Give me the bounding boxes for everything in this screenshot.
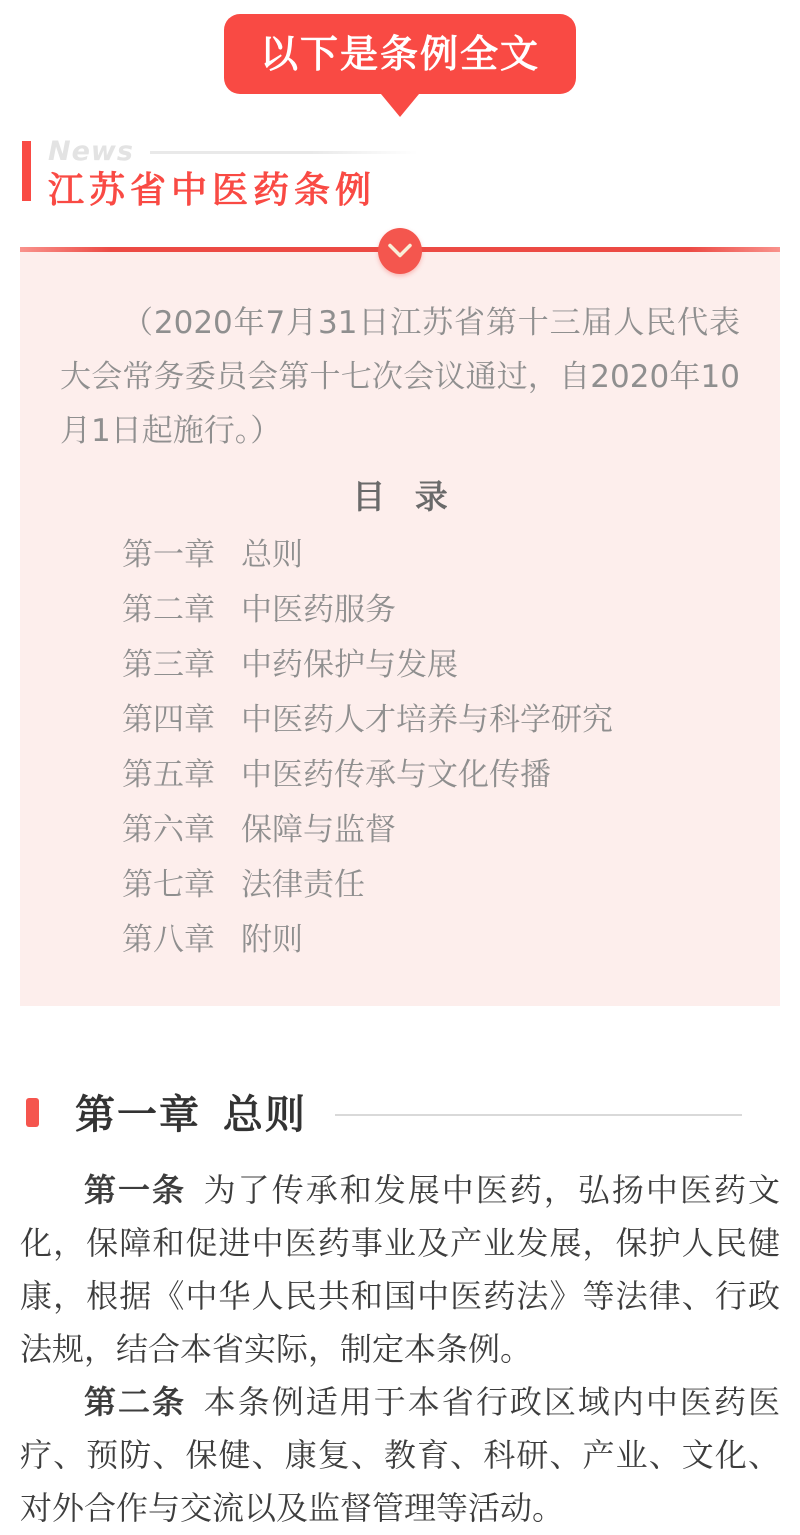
enactment-note: （2020年7月31日江苏省第十三届人民代表大会常务委员会第十七次会议通过，自2… xyxy=(60,296,740,458)
toc-chapter-num: 第八章 xyxy=(122,913,215,968)
article-paragraph: 第二条本条例适用于本省行政区域内中医药医疗、预防、保健、康复、教育、科研、产业、… xyxy=(20,1376,780,1535)
toc-item: 第八章 附则 xyxy=(122,913,740,968)
article-page: 以下是条例全文 News 江苏省中医药条例 （2020年7月31日江苏省第十三届… xyxy=(0,0,800,1535)
page-title: 江苏省中医药条例 xyxy=(48,169,780,213)
toc-title: 目 录 xyxy=(60,470,740,524)
toc-item: 第三章 中药保护与发展 xyxy=(122,638,740,693)
toc-chapter-num: 第一章 xyxy=(122,528,215,583)
eyebrow-label: News xyxy=(48,138,134,165)
eyebrow-divider xyxy=(150,151,418,154)
summary-box: （2020年7月31日江苏省第十三届人民代表大会常务委员会第十七次会议通过，自2… xyxy=(20,252,780,1006)
banner-badge-label: 以下是条例全文 xyxy=(260,32,540,76)
table-of-contents: 第一章 总则 第二章 中医药服务 第三章 中药保护与发展 第四章 中医药人才培养… xyxy=(60,528,740,968)
toc-chapter-num: 第三章 xyxy=(122,638,215,693)
toc-item: 第五章 中医药传承与文化传播 xyxy=(122,748,740,803)
toc-item: 第六章 保障与监督 xyxy=(122,803,740,858)
chapter-heading-divider xyxy=(335,1114,742,1116)
summary-section: （2020年7月31日江苏省第十三届人民代表大会常务委员会第十七次会议通过，自2… xyxy=(20,247,780,1006)
article-number: 第二条 xyxy=(84,1383,186,1421)
toc-chapter-num: 第二章 xyxy=(122,583,215,638)
accent-bar xyxy=(22,141,31,201)
toc-chapter-title: 法律责任 xyxy=(241,858,365,913)
toc-item: 第二章 中医药服务 xyxy=(122,583,740,638)
article-header: News 江苏省中医药条例 xyxy=(22,137,780,213)
toc-chapter-num: 第六章 xyxy=(122,803,215,858)
article-number: 第一条 xyxy=(84,1171,186,1209)
eyebrow-row: News xyxy=(48,137,780,165)
banner-badge: 以下是条例全文 xyxy=(224,14,576,94)
toc-chapter-title: 中医药服务 xyxy=(241,583,396,638)
article-paragraph: 第一条为了传承和发展中医药，弘扬中医药文化，保障和促进中医药事业及产业发展，保护… xyxy=(20,1164,780,1376)
toc-item: 第七章 法律责任 xyxy=(122,858,740,913)
article-body: 第一条为了传承和发展中医药，弘扬中医药文化，保障和促进中医药事业及产业发展，保护… xyxy=(20,1164,780,1535)
toc-chapter-title: 附则 xyxy=(241,913,303,968)
toc-chapter-title: 中医药传承与文化传播 xyxy=(241,748,551,803)
toc-chapter-title: 总则 xyxy=(241,528,303,583)
banner-wrap: 以下是条例全文 xyxy=(0,0,800,117)
toc-chapter-title: 中药保护与发展 xyxy=(241,638,458,693)
chapter-heading-text: 第一章 总则 xyxy=(75,1088,307,1142)
header-text: News 江苏省中医药条例 xyxy=(48,137,780,213)
chapter-heading: 第一章 总则 xyxy=(26,1088,780,1142)
section-bullet-icon xyxy=(26,1098,39,1127)
toc-item: 第一章 总则 xyxy=(122,528,740,583)
toc-item: 第四章 中医药人才培养与科学研究 xyxy=(122,693,740,748)
toc-chapter-num: 第五章 xyxy=(122,748,215,803)
toc-chapter-num: 第七章 xyxy=(122,858,215,913)
toc-chapter-num: 第四章 xyxy=(122,693,215,748)
chevron-down-icon xyxy=(378,228,422,274)
toc-chapter-title: 保障与监督 xyxy=(241,803,396,858)
toc-chapter-title: 中医药人才培养与科学研究 xyxy=(241,693,613,748)
banner-badge-tail xyxy=(381,94,419,117)
